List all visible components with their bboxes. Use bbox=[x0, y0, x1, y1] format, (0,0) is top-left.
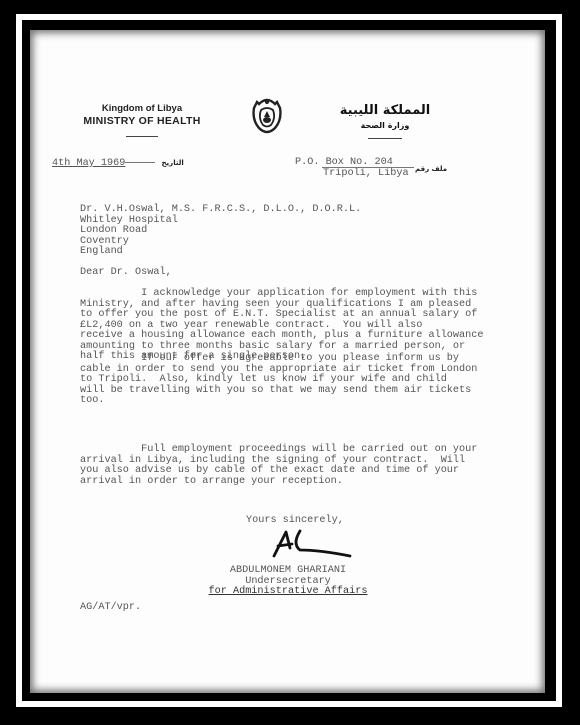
signer-department: for Administrative Affairs bbox=[208, 587, 368, 598]
letterhead-ministry-arabic: وزارة الصحة bbox=[325, 120, 445, 132]
letter-content: Kingdom of Libya MINISTRY OF HEALTH المم… bbox=[30, 30, 545, 693]
letterhead-ministry: MINISTRY OF HEALTH bbox=[82, 115, 202, 128]
letter-date: 4th May 1969 bbox=[52, 158, 125, 169]
date-line: 4th May 1969 التاريخ bbox=[52, 158, 184, 170]
salutation: Dear Dr. Oswal, bbox=[80, 268, 172, 279]
recipient-street: London Road bbox=[80, 226, 361, 237]
letterhead-arabic: المملكة الليبية وزارة الصحة bbox=[325, 102, 445, 139]
recipient-country: England bbox=[80, 247, 361, 258]
paragraph-travel: If our offer is agreeable to you please … bbox=[80, 354, 477, 407]
reference-initials: AG/AT/vpr. bbox=[80, 603, 141, 614]
po-box-city: Tripoli, Libya bbox=[295, 169, 409, 180]
letterhead-english: Kingdom of Libya MINISTRY OF HEALTH bbox=[82, 103, 202, 137]
recipient-name: Dr. V.H.Oswal, M.S. F.R.C.S., D.L.O., D.… bbox=[80, 205, 361, 216]
letter-page: Kingdom of Libya MINISTRY OF HEALTH المم… bbox=[30, 30, 545, 693]
coat-of-arms-icon bbox=[250, 96, 284, 136]
po-box-underline bbox=[322, 167, 414, 168]
signature-icon bbox=[270, 526, 355, 562]
signer-name: ABDULMONEM GHARIANI bbox=[208, 566, 368, 577]
signer-block: ABDULMONEM GHARIANI Undersecretary for A… bbox=[208, 566, 368, 598]
date-arabic-label: التاريخ bbox=[162, 159, 184, 167]
po-box: P.O. Box No. 204 ملف رقم Tripoli, Libya bbox=[295, 158, 409, 179]
letterhead-country-arabic: المملكة الليبية bbox=[325, 102, 445, 120]
date-underline bbox=[125, 162, 155, 163]
file-number-arabic-label: ملف رقم bbox=[415, 164, 447, 175]
divider bbox=[368, 138, 402, 139]
paragraph-arrival: Full employment proceedings will be carr… bbox=[80, 445, 477, 487]
paragraph-offer: I acknowledge your application for emplo… bbox=[80, 289, 484, 363]
closing: Yours sincerely, bbox=[246, 516, 344, 527]
divider bbox=[126, 136, 158, 137]
recipient-address: Dr. V.H.Oswal, M.S. F.R.C.S., D.L.O., D.… bbox=[80, 205, 361, 258]
letterhead-country: Kingdom of Libya bbox=[82, 103, 202, 115]
